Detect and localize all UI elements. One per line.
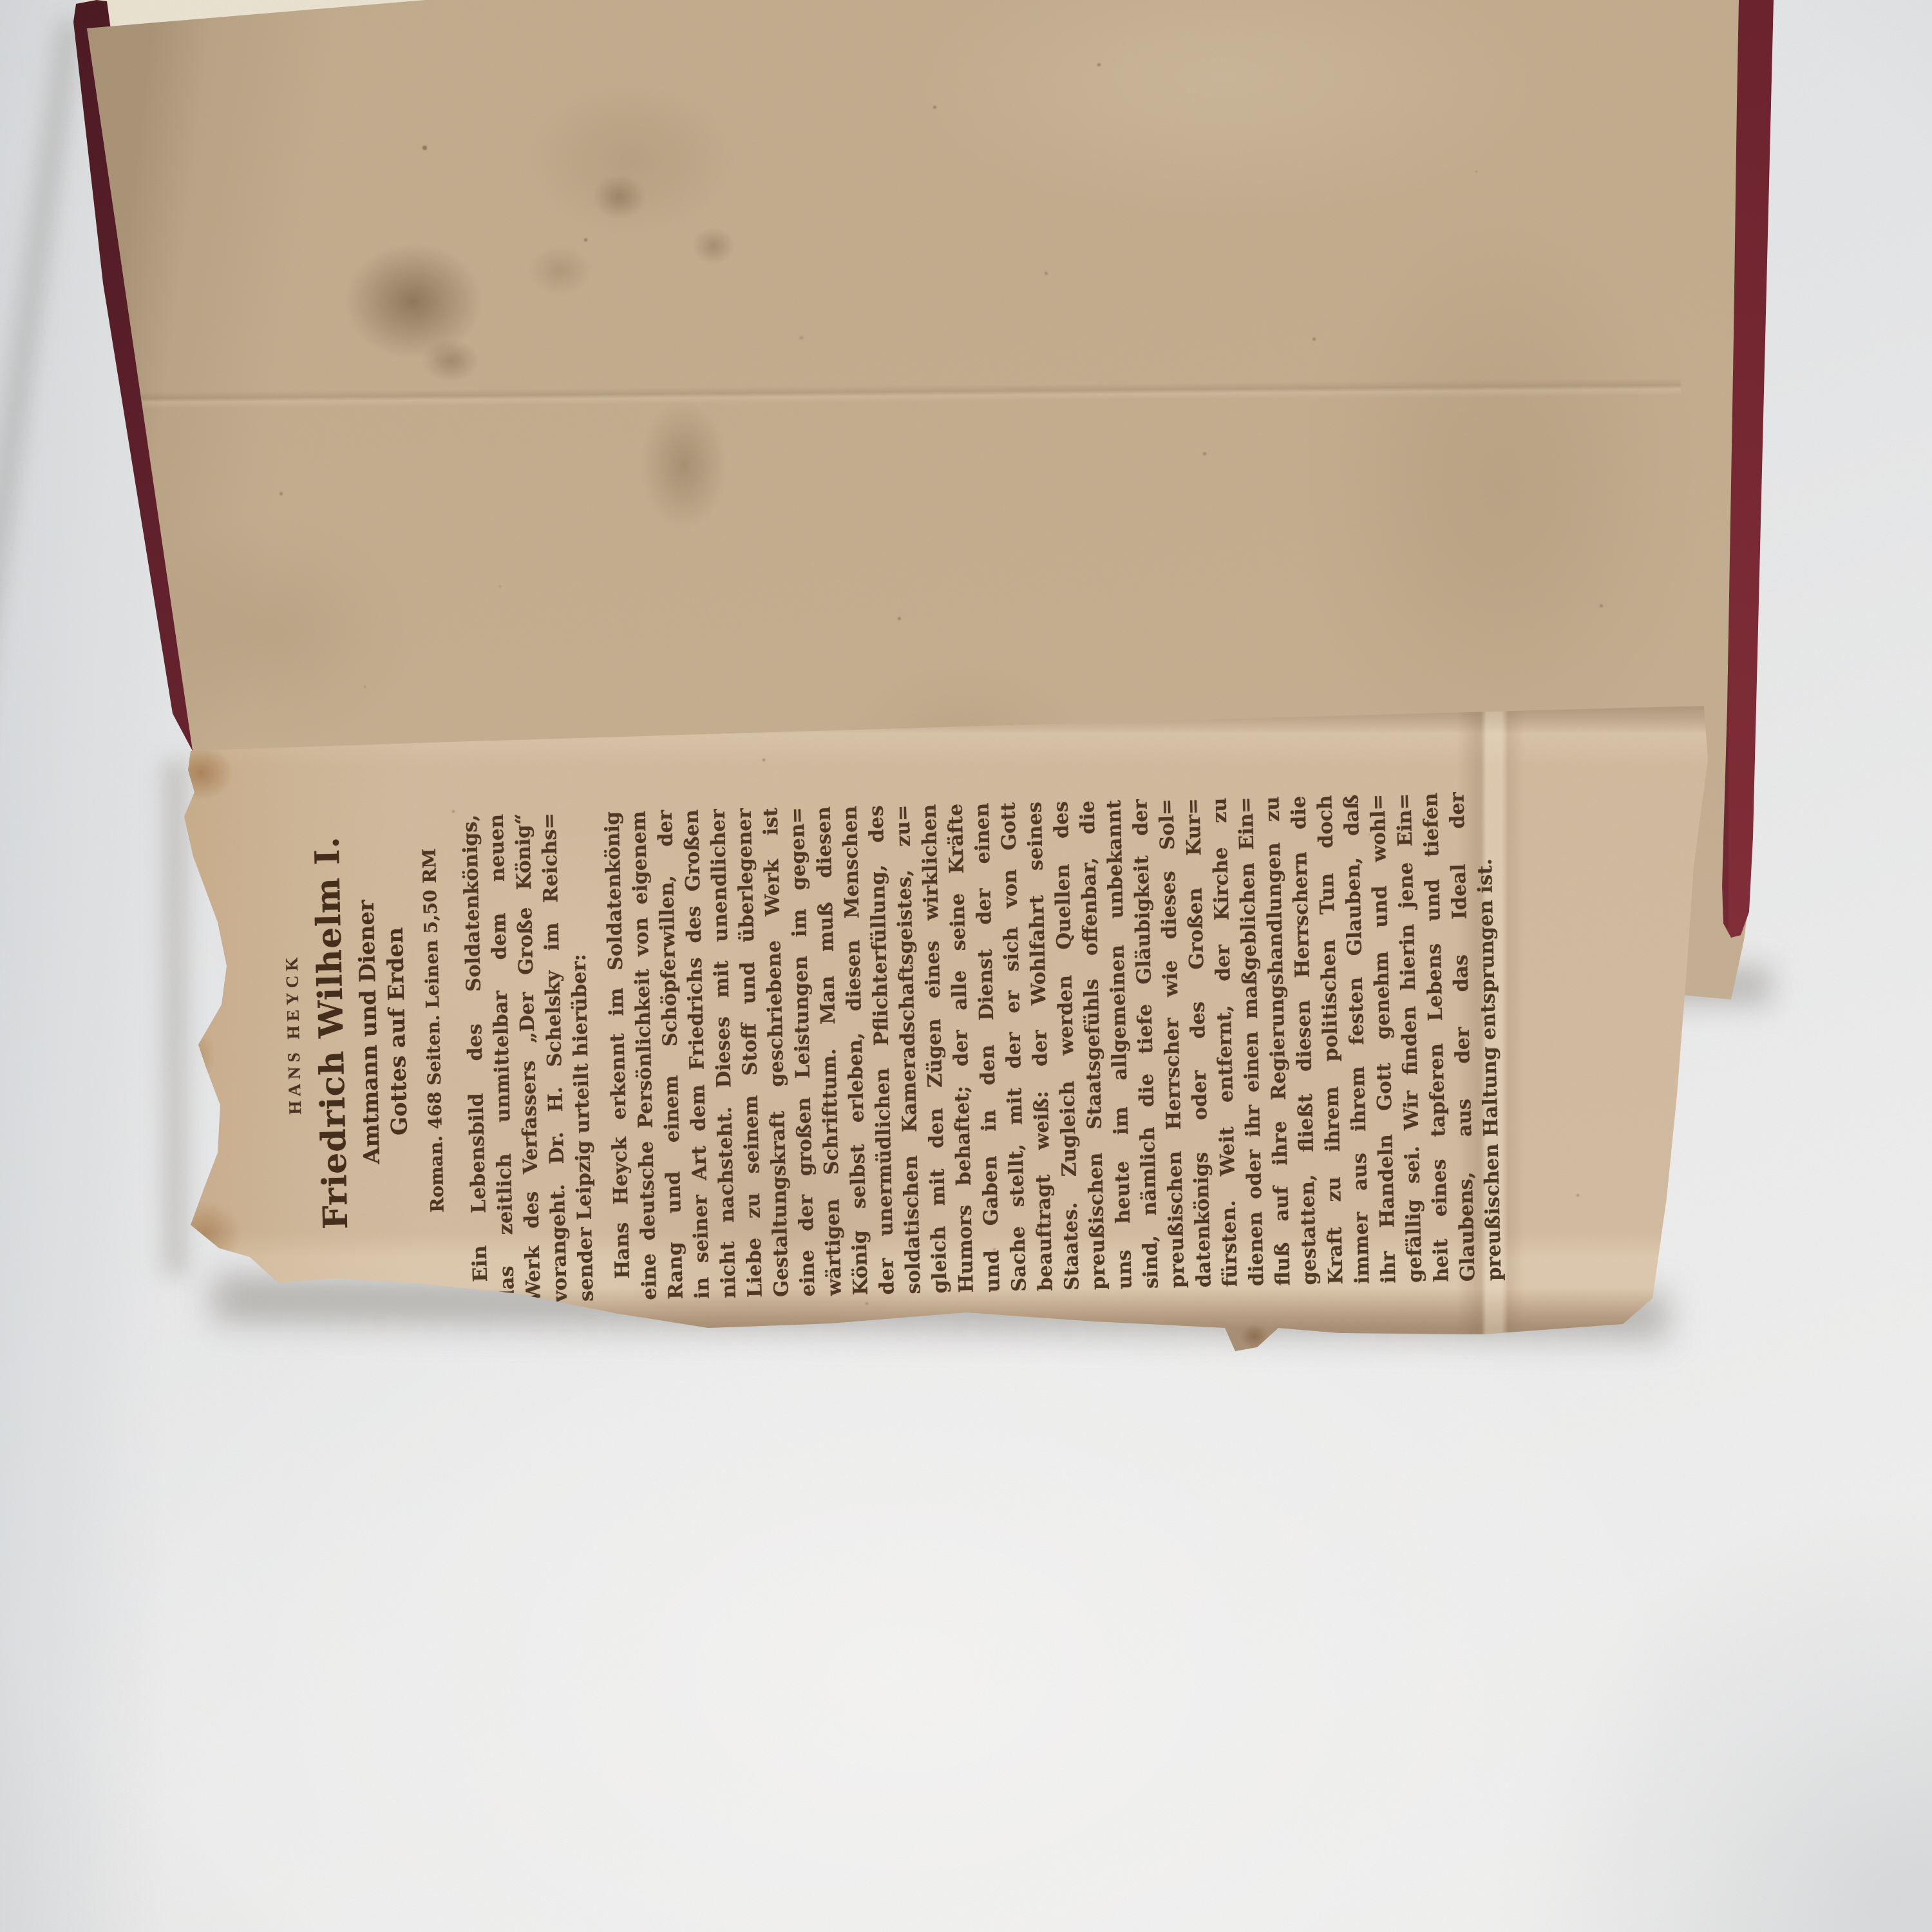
flap-intro-paragraph: Ein Lebensbild des Soldatenkönigs,das ze…	[457, 812, 600, 1304]
flap-edition-line: Roman. 468 Seiten. Leinen 5,50 RM	[417, 786, 451, 1276]
flap-text-block: HANS HEYCK Friedrich Wilhelm I. Amtmann …	[262, 791, 1508, 1309]
flap-heading: HANS HEYCK Friedrich Wilhelm I. Amtmann …	[278, 786, 451, 1278]
board-crease-line	[116, 378, 1681, 408]
book-photo: HANS HEYCK Friedrich Wilhelm I. Amtmann …	[0, 0, 1932, 1932]
flap-review-paragraph: Hans Heyck erkennt im Soldatenkönigeine …	[600, 791, 1508, 1301]
